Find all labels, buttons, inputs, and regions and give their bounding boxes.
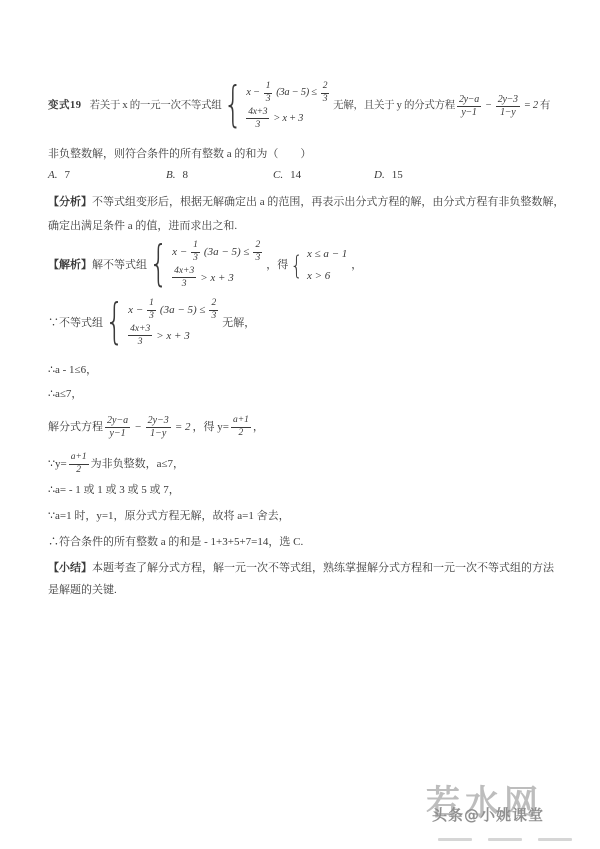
solution-text: ∴a≤7， (48, 384, 82, 404)
solution-step-4: ∴a≤7， (48, 384, 592, 404)
left-brace: { (105, 299, 124, 347)
solution-step-1: 【解析】 解不等式组 { x − 13 (3a − 5) ≤ 23 4x+33 … (48, 240, 592, 290)
problem-statement-line-2: 非负整数解，则符合条件的所有整数 a 的和为（ ） (48, 144, 592, 164)
system-rows: x − 13 (3a − 5) ≤ 23 4x+33 > x + 3 (126, 298, 220, 348)
problem-statement-line-1: 变式19 若关于 x 的一元一次不等式组 { x − 13 (3a − 5) ≤… (48, 80, 592, 132)
expr: > x + 3 (200, 268, 233, 288)
equals-two: = 2 (524, 96, 538, 116)
minus-sign: − (134, 417, 141, 437)
option-d-label: D. (374, 165, 385, 185)
option-b: B.8 (166, 165, 273, 185)
expr: x − (128, 300, 143, 320)
document-content: 变式19 若关于 x 的一元一次不等式组 { x − 13 (3a − 5) ≤… (0, 0, 600, 600)
solution-text: ， (351, 255, 362, 275)
watermark-small-text-bar (488, 838, 522, 841)
problem-text-4: 非负整数解，则符合条件的所有整数 a 的和为（ ） (48, 144, 311, 164)
system-rows: x ≤ a − 1 x > 6 (305, 244, 349, 286)
solution-step-9: ∴符合条件的所有整数 a 的和是 - 1+3+5+7=14，选 C. (48, 532, 592, 552)
fraction-a-plus-1-over-2: a+12 (69, 452, 89, 476)
watermark-overlay-text: 头条@小姚课堂 (432, 804, 544, 825)
option-a-value: 7 (64, 165, 70, 185)
result-row-1: x ≤ a − 1 (307, 244, 347, 264)
option-c-value: 14 (290, 165, 301, 185)
solution-text: 解不等式组 (92, 255, 147, 275)
solution-text: ∵y= (48, 454, 67, 474)
fraction-two-thirds: 23 (321, 81, 329, 105)
solution-text: ， (253, 417, 264, 437)
fraction-eq-right: 2y−31−y (496, 94, 520, 119)
summary-line-2: 是解题的关键. (48, 580, 592, 600)
summary-text-1: 本题考查了解分式方程，解一元一次不等式组，熟练掌握解分式方程和一元一次不等式组的… (92, 558, 554, 578)
analysis-text-1: 不等式组变形后，根据无解确定出 a 的范围，再表示出分式方程的解，由分式方程有非… (92, 192, 564, 212)
solution-text: 解分式方程 (48, 417, 103, 437)
system-row-1: x − 13 (3a − 5) ≤ 23 (244, 81, 331, 105)
inequality-system: { x − 13 (3a − 5) ≤ 23 4x+33 > x + 3 (105, 298, 220, 348)
expr: (3a − 5) ≤ (276, 83, 316, 103)
solution-text: ∵a=1 时，y=1，原分式方程无解，故将 a=1 舍去， (48, 506, 290, 526)
summary-text-2: 是解题的关键. (48, 580, 117, 600)
fraction-two-thirds: 23 (209, 298, 218, 322)
solution-text: ∴a - 1≤6， (48, 360, 97, 380)
solution-step-2: ∵不等式组 { x − 13 (3a − 5) ≤ 23 4x+33 > x +… (48, 298, 592, 348)
system-row-1: x − 13 (3a − 5) ≤ 23 (170, 240, 264, 264)
fraction-one-third: 13 (147, 298, 156, 322)
fraction-4x3: 4x+33 (246, 107, 269, 131)
expr: (3a − 5) ≤ (160, 300, 206, 320)
options-row: A.7 B.8 C.14 D.15 (48, 166, 592, 184)
equals-two: = 2 (175, 417, 191, 437)
system-row-2: 4x+33 > x + 3 (126, 324, 220, 348)
left-brace: { (149, 241, 168, 289)
problem-text-2: 无解，且关于 y 的分式方程 (333, 96, 455, 116)
watermark: 若水网 头条@小姚课堂 (426, 786, 596, 848)
solution-step-3: ∴a - 1≤6， (48, 360, 592, 380)
fraction-4x3: 4x+33 (128, 324, 152, 348)
solution-text: ∴符合条件的所有整数 a 的和是 - 1+3+5+7=14，选 C. (48, 532, 303, 552)
fraction-a-plus-1-over-2: a+12 (231, 415, 251, 439)
watermark-small-text (438, 838, 572, 841)
minus-sign: − (485, 96, 492, 116)
solution-text: ，得 (266, 255, 288, 275)
watermark-small-text-bar (538, 838, 572, 841)
summary-line-1: 【小结】 本题考查了解分式方程，解一元一次不等式组，熟练掌握解分式方程和一元一次… (48, 558, 592, 578)
solution-text: ，得 y= (193, 417, 229, 437)
fraction-eq-left: 2y−ay−1 (457, 94, 481, 119)
system-row-1: x − 13 (3a − 5) ≤ 23 (126, 298, 220, 322)
watermark-small-text-bar (438, 838, 472, 841)
fraction-4x3: 4x+33 (172, 266, 196, 290)
inequality-system: { x − 13 (3a − 5) ≤ 23 4x+33 > x + 3 (149, 240, 264, 290)
solution-step-7: ∴a= - 1 或 1 或 3 或 5 或 7， (48, 480, 592, 500)
solution-text: 为非负整数，a≤7， (91, 454, 184, 474)
system-rows: x − 13 (3a − 5) ≤ 23 4x+33 > x + 3 (244, 81, 331, 131)
math-worksheet-page: 变式19 若关于 x 的一元一次不等式组 { x − 13 (3a − 5) ≤… (0, 0, 600, 849)
result-row-2: x > 6 (307, 266, 347, 286)
option-b-value: 8 (182, 165, 188, 185)
fraction-eq-right: 2y−31−y (146, 415, 171, 440)
solution-text: ∴a= - 1 或 1 或 3 或 5 或 7， (48, 480, 180, 500)
solution-text: ∵不等式组 (48, 313, 103, 333)
solution-step-5: 解分式方程 2y−ay−1 − 2y−31−y = 2 ，得 y= a+12 ， (48, 410, 592, 444)
analysis-text-2: 确定出满足条件 a 的值，进而求出之和. (48, 216, 237, 236)
option-c: C.14 (273, 165, 374, 185)
expr: (3a − 5) ≤ (204, 242, 250, 262)
analysis-line-2: 确定出满足条件 a 的值，进而求出之和. (48, 216, 592, 236)
system-row-2: 4x+33 > x + 3 (170, 266, 264, 290)
solution-text: 无解， (222, 313, 255, 333)
option-b-label: B. (166, 165, 175, 185)
option-d-value: 15 (392, 165, 403, 185)
expr: > x + 3 (156, 326, 189, 346)
expr: x − (172, 242, 187, 262)
result-system: { x ≤ a − 1 x > 6 (290, 244, 349, 286)
problem-text-3: 有 (540, 96, 550, 116)
expr: > x + 3 (273, 109, 303, 129)
left-brace: { (290, 252, 303, 278)
summary-tag: 【小结】 (48, 558, 92, 578)
fraction-two-thirds: 23 (253, 240, 262, 264)
fraction-eq-left: 2y−ay−1 (105, 415, 130, 440)
option-c-label: C. (273, 165, 283, 185)
analysis-tag: 【分析】 (48, 192, 92, 212)
system-rows: x − 13 (3a − 5) ≤ 23 4x+33 > x + 3 (170, 240, 264, 290)
system-row-2: 4x+33 > x + 3 (244, 107, 331, 131)
solution-tag: 【解析】 (48, 255, 92, 275)
analysis-line-1: 【分析】 不等式组变形后，根据无解确定出 a 的范围，再表示出分式方程的解，由分… (48, 192, 592, 212)
solution-step-8: ∵a=1 时，y=1，原分式方程无解，故将 a=1 舍去， (48, 506, 592, 526)
option-a: A.7 (48, 165, 166, 185)
solution-step-6: ∵y= a+12 为非负整数，a≤7， (48, 450, 592, 478)
fraction-one-third: 13 (191, 240, 200, 264)
fraction-one-third: 13 (264, 81, 272, 105)
option-a-label: A. (48, 165, 57, 185)
inequality-system: { x − 13 (3a − 5) ≤ 23 4x+33 > x + 3 (224, 81, 332, 131)
option-d: D.15 (374, 165, 403, 185)
expr: x − (246, 83, 259, 103)
problem-tag: 变式19 (48, 96, 82, 116)
problem-text-1: 若关于 x 的一元一次不等式组 (90, 96, 222, 116)
left-brace: { (224, 82, 243, 130)
